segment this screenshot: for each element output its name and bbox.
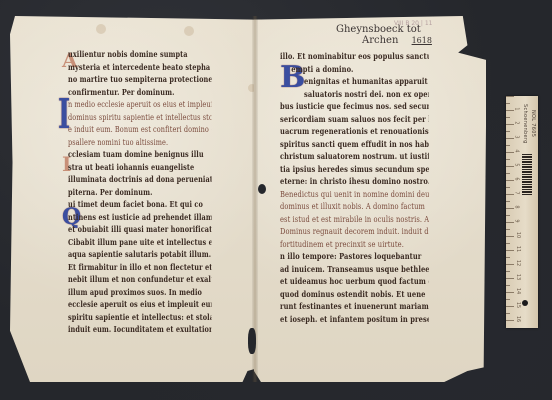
ruler-tick-minor — [506, 271, 510, 272]
ruler-hang-hole — [522, 300, 528, 306]
text-line: e induit eum. Bonum est confiteri domino… — [68, 123, 212, 136]
right-manuscript-page: Gheynsboeck tot Archen 1618 VIII B 20 | … — [254, 16, 486, 382]
ruler-number: 8 — [514, 205, 520, 208]
text-line: uacrum regenerationis et renouationis — [280, 125, 429, 138]
ruler-tick-minor — [506, 187, 510, 188]
text-line: Dominus regnauit decorem induit. induit … — [280, 225, 429, 238]
text-line: empti a domino. — [280, 63, 429, 76]
ruler-number: 10 — [515, 232, 521, 238]
ruler-tick-minor — [506, 159, 510, 160]
text-line: ecclesie aperuit os eius et impleuit eum — [68, 298, 212, 311]
text-line: mysteria et intercedente beato stepha — [68, 61, 212, 74]
text-line: quod dominus ostendit nobis. Et uene — [280, 288, 429, 301]
ruler-number: 11 — [515, 246, 521, 252]
ownership-annotation: Gheynsboeck tot Archen 1618 — [336, 24, 432, 46]
annotation-place: Archen — [362, 35, 398, 46]
annotation-line-2: Archen 1618 — [336, 35, 432, 46]
text-line: no martire tuo sempiterna protectione — [68, 73, 212, 86]
text-line: illo. Et nominabitur eos populus sanctus… — [280, 50, 429, 63]
text-line: enignitas et humanitas apparuit — [280, 75, 429, 88]
ruler-tick-minor — [506, 257, 510, 258]
ruler-tick — [506, 306, 514, 307]
ruler-tick — [506, 96, 514, 97]
ruler-tick-minor — [506, 215, 510, 216]
text-line: et ioseph. et infantem positum in presep… — [280, 313, 429, 326]
shelfmark: VIII B 20 | 11 — [394, 20, 432, 27]
ruler-number: 15 — [515, 302, 521, 308]
text-line: ntinens est iusticie ad prehendet illam — [68, 211, 212, 224]
ruler-number: 4 — [514, 149, 520, 152]
ruler-tick-minor — [506, 103, 510, 104]
text-line: spiritus sancti quem effudit in nos habu… — [280, 138, 429, 151]
text-line: nebit illum et non confundetur et exalta… — [68, 273, 212, 286]
text-line: uxilientur nobis domine sumpta — [68, 48, 212, 61]
measuring-ruler: Schoenenberg NOL 7605 1 2 3 4 5 6 7 8 9 … — [506, 96, 538, 328]
text-line: christum saluatorem nostrum. ut iustific… — [280, 150, 429, 163]
ruler-number: 9 — [514, 219, 520, 222]
text-line: n medio ecclesie aperuit os eius et impl… — [68, 98, 212, 111]
ruler-number: 16 — [515, 316, 521, 322]
ruler-number: 1 — [514, 107, 520, 110]
ruler-tick-minor — [506, 285, 510, 286]
ruler-tick — [506, 236, 514, 237]
text-line: spiritu sapientie et intellectus: et sto… — [68, 311, 212, 324]
text-line: Cibabit illum pane uite et intellectus e… — [68, 236, 212, 249]
text-line: illum apud proximos suos. In medio — [68, 286, 212, 299]
ruler-tick — [506, 292, 514, 293]
text-line: est istud et est mirabile in oculis nost… — [280, 213, 429, 226]
ruler-number: 5 — [514, 163, 520, 166]
text-line: aqua sapientie salutaris potabit illum. — [68, 248, 212, 261]
stain — [96, 24, 106, 34]
text-line: Benedictus qui uenit in nomine domini de… — [280, 188, 429, 201]
ruler-tick-minor — [506, 313, 510, 314]
text-line: psallere nomini tuo altissime. — [68, 136, 212, 149]
ruler-number: 12 — [515, 260, 521, 266]
ruler-number: 14 — [515, 288, 521, 294]
text-line: confirmentur. Per dominum. — [68, 86, 212, 99]
right-page-text: illo. Et nominabitur eos populus sanctus… — [280, 50, 429, 325]
ruler-tick-minor — [506, 173, 510, 174]
ruler-tick-minor — [506, 243, 510, 244]
text-line: n illo tempore: Pastores loquebantur — [280, 250, 429, 263]
ruler-model: NOL 7605 — [530, 110, 536, 137]
text-line: bus iusticie que fecimus nos. sed secund… — [280, 100, 429, 113]
barcode-icon — [522, 154, 532, 196]
annotation-year: 1618 — [412, 36, 432, 45]
ruler-tick — [506, 278, 514, 279]
text-line: cclesiam tuam domine benignus illu — [68, 148, 212, 161]
left-page-text: uxilientur nobis domine sumpta mysteria … — [68, 48, 212, 336]
parchment-hole — [258, 184, 266, 194]
text-line: et obuiabit illi quasi mater honorificat… — [68, 223, 212, 236]
ruler-tick — [506, 264, 514, 265]
text-line: et uideamus hoc uerbum quod factum est — [280, 275, 429, 288]
ruler-tick-minor — [506, 145, 510, 146]
text-line: sericordiam suam saluos nos fecit per la — [280, 113, 429, 126]
text-line: saluatoris nostri dei. non ex operi — [280, 88, 429, 101]
ruler-number: 7 — [514, 191, 520, 194]
text-line: dominus et illuxit nobis. A domino factu… — [280, 200, 429, 213]
left-manuscript-page: A I I Q uxilientur nobis domine sumpta m… — [10, 16, 260, 382]
text-line: tia ipsius heredes simus secundum spem u… — [280, 163, 429, 176]
ruler-tick — [506, 320, 514, 321]
ruler-number: 13 — [515, 274, 521, 280]
ruler-tick-minor — [506, 299, 510, 300]
text-line: ad inuicem. Transeamus usque bethleem. — [280, 263, 429, 276]
text-line: ui timet deum faciet bona. Et qui co — [68, 198, 212, 211]
ruler-brand: Schoenenberg — [522, 104, 528, 144]
text-line: stra ut beati iohannis euangeliste — [68, 161, 212, 174]
ruler-number: 6 — [514, 177, 520, 180]
ruler-number: 3 — [514, 135, 520, 138]
text-line: Et firmabitur in illo et non flectetur e… — [68, 261, 212, 274]
ruler-tick-minor — [506, 131, 510, 132]
ruler-tick-minor — [506, 201, 510, 202]
stain — [184, 26, 194, 36]
text-line: illuminata doctrinis ad dona perueniat s… — [68, 173, 212, 186]
ruler-tick-minor — [506, 117, 510, 118]
ruler-number: 2 — [514, 121, 520, 124]
text-line: runt festinantes et inuenerunt mariam — [280, 300, 429, 313]
text-line: piterna. Per dominum. — [68, 186, 212, 199]
text-line: induit eum. Iocunditatem et exultationem… — [68, 323, 212, 336]
ruler-tick-minor — [506, 229, 510, 230]
text-line: eterne: in christo ihesu domino nostro. — [280, 175, 429, 188]
ruler-tick — [506, 250, 514, 251]
text-line: dominus spiritu sapientie et intellectus… — [68, 111, 212, 124]
text-line: fortitudinem et precinxit se uirtute. — [280, 238, 429, 251]
parchment-tear — [248, 328, 256, 354]
